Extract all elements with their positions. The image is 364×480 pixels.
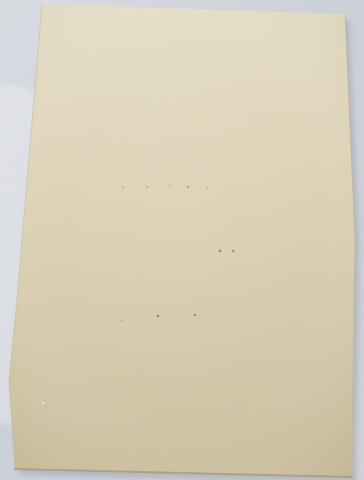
photo-grain — [0, 0, 364, 480]
photo-of-blank-paper — [0, 0, 364, 480]
photo-canvas — [0, 0, 364, 480]
